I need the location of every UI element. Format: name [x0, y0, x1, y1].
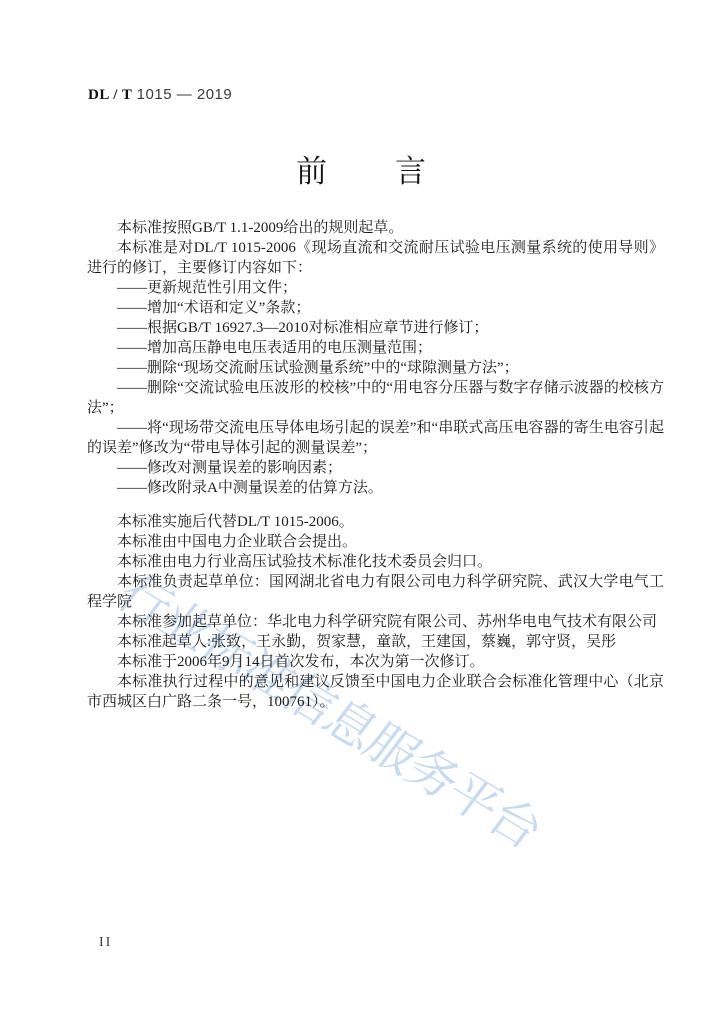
standard-code-prefix: DL / T — [88, 87, 132, 103]
page-title: 前 言 — [0, 146, 724, 191]
paragraph: 本标准按照GB/T 1.1-2009给出的规则起草。 — [87, 218, 664, 238]
paragraph: ——增加高压静电电压表适用的电压测量范围； — [87, 338, 664, 358]
foreword-body: 本标准按照GB/T 1.1-2009给出的规则起草。本标准是对DL/T 1015… — [87, 218, 664, 712]
paragraph: ——修改对测量误差的影响因素； — [87, 458, 664, 478]
paragraph: 本标准起草人:张致，王永勤，贺家慧，童歆，王建国，蔡巍，郭守贤，吴彤 — [87, 632, 664, 652]
paragraph: ——更新规范性引用文件； — [87, 278, 664, 298]
paragraph: 本标准是对DL/T 1015-2006《现场直流和交流耐压试验电压测量系统的使用… — [87, 238, 664, 278]
standard-code: DL / T 1015 — 2019 — [88, 86, 232, 104]
paragraph: ——修改附录A中测量误差的估算方法。 — [87, 478, 664, 498]
paragraph: ——删除“现场交流耐压试验测量系统”中的“球隙测量方法”； — [87, 358, 664, 378]
paragraph: 本标准由中国电力企业联合会提出。 — [87, 532, 664, 552]
paragraph: ——删除“交流试验电压波形的校核”中的“用电容分压器与数字存储示波器的校核方法”… — [87, 378, 664, 418]
standard-code-number: 1015 — 2019 — [137, 86, 233, 103]
paragraph: 本标准由电力行业高压试验技术标准化技术委员会归口。 — [87, 552, 664, 572]
paragraph: 本标准参加起草单位：华北电力科学研究院有限公司、苏州华电电气技术有限公司 — [87, 612, 664, 632]
paragraph: ——将“现场带交流电压导体电场引起的误差”和“串联式高压电容器的寄生电容引起的误… — [87, 418, 664, 458]
paragraph: 本标准实施后代替DL/T 1015-2006。 — [87, 512, 664, 532]
page-number: II — [99, 935, 112, 951]
paragraph: 本标准负责起草单位：国网湖北省电力有限公司电力科学研究院、武汉大学电气工程学院 — [87, 572, 664, 612]
paragraph: ——增加“术语和定义”条款； — [87, 298, 664, 318]
standard-document-page: DL / T 1015 — 2019 行业标准信息服务平台 前 言 本标准按照G… — [0, 0, 724, 1024]
paragraph: 本标准执行过程中的意见和建议反馈至中国电力企业联合会标准化管理中心（北京市西城区… — [87, 672, 664, 712]
paragraph: ——根据GB/T 16927.3—2010对标准相应章节进行修订； — [87, 318, 664, 338]
paragraph: 本标准于2006年9月14日首次发布，本次为第一次修订。 — [87, 652, 664, 672]
